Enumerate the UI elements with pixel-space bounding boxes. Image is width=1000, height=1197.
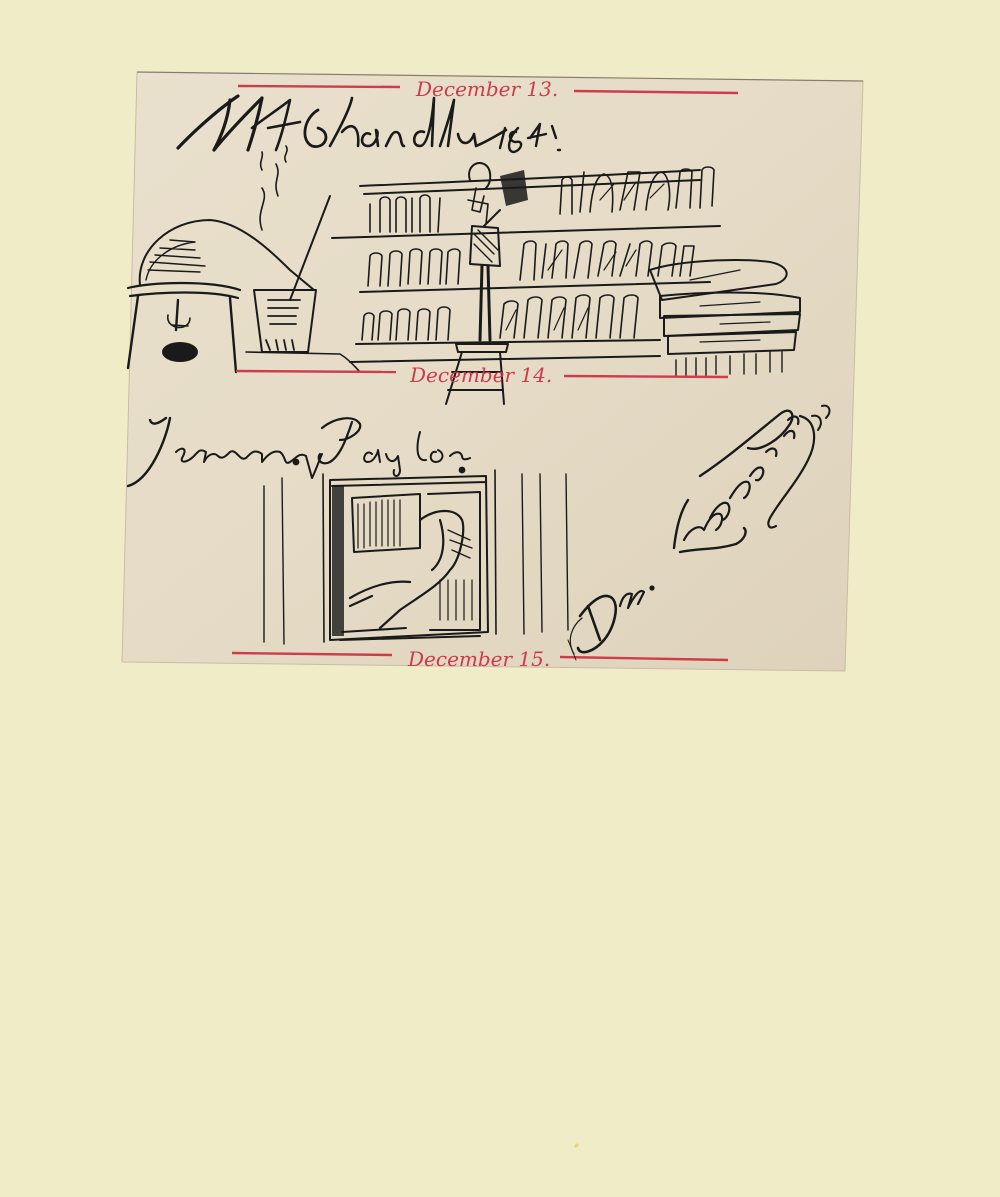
- album-page: December 13.: [0, 0, 1000, 1197]
- svg-text:December 14.: December 14.: [409, 363, 552, 387]
- svg-text:December 15.: December 15.: [407, 647, 550, 671]
- autograph-card: December 13.: [0, 0, 1000, 1197]
- svg-text:December 13.: December 13.: [415, 77, 558, 101]
